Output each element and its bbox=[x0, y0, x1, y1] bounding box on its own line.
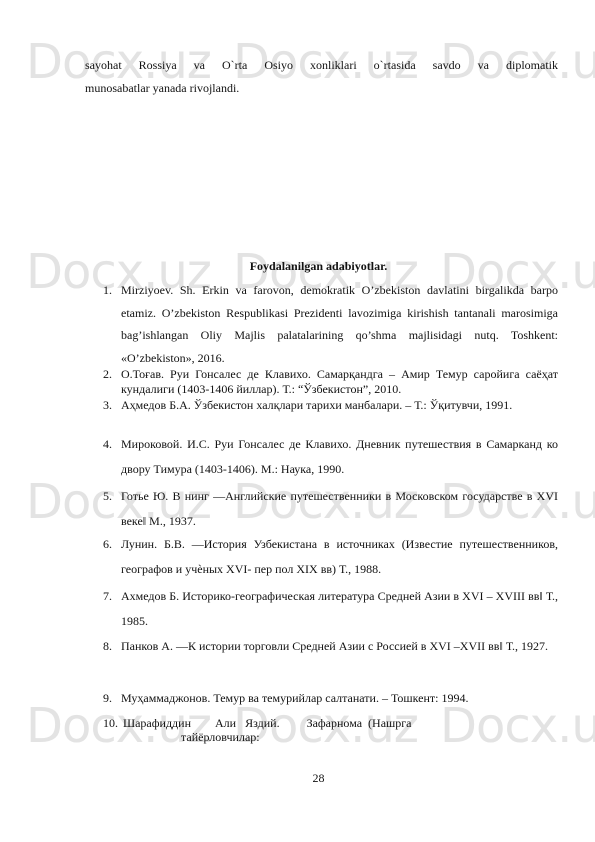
document-page: sayohat Rossiya va O`rta Osiyo xonliklar… bbox=[0, 0, 595, 842]
reference-text: Мироковой. И.С. Руи Гонсалес де Клавихо.… bbox=[121, 432, 558, 481]
reference-text: Аҳмедов Б.А. Ўзбекистон халқлари тарихи … bbox=[121, 398, 558, 413]
intro-line-2: munosabatlar yanada rivojlandi. bbox=[85, 77, 558, 100]
reference-text: Лунин. Б.В. ―История Узбекистана в источ… bbox=[121, 532, 558, 581]
reference-number: 4. bbox=[103, 432, 112, 457]
reference-text: Муҳаммаджонов. Темур ва темурийлар салта… bbox=[121, 686, 558, 711]
reference-item-4: 4. Мироковой. И.С. Руи Гонсалес де Клави… bbox=[85, 432, 558, 481]
reference-text: Ахмедов Б. Историко-географическая литер… bbox=[121, 584, 558, 633]
reference-item-10: 10. Шарафиддин Али Яздий. Зафарнома (Наш… bbox=[85, 715, 558, 744]
page-number: 28 bbox=[0, 771, 595, 786]
reference-item-9: 9. Муҳаммаджонов. Темур ва темурийлар са… bbox=[85, 686, 558, 711]
reference-number: 2. bbox=[103, 367, 112, 382]
reference-number: 7. bbox=[103, 584, 112, 609]
reference-item-3: 3. Аҳмедов Б.А. Ўзбекистон халқлари тари… bbox=[85, 398, 558, 413]
reference-text: О.Тоғав. Руи Гонсалес де Клавихо. Самарқ… bbox=[121, 367, 558, 397]
reference-text-line-2: тайёрловчилар: bbox=[181, 731, 558, 744]
reference-text: Готье Ю. В нинг ―Английские путешественн… bbox=[121, 484, 558, 533]
reference-item-7: 7. Ахмедов Б. Историко-географическая ли… bbox=[85, 584, 558, 633]
reference-text: Панков А. ―К истории торговли Средней Аз… bbox=[121, 634, 558, 659]
reference-number: 5. bbox=[103, 484, 112, 509]
reference-number: 1. bbox=[103, 279, 112, 302]
reference-item-1: 1. Mirziyoev. Sh. Erkin va farovon, demo… bbox=[85, 279, 558, 369]
reference-text: Шарафиддин Али Яздий. Зафарнома (Нашрга … bbox=[123, 715, 558, 744]
reference-item-2: 2. О.Тоғав. Руи Гонсалес де Клавихо. Сам… bbox=[85, 367, 558, 397]
intro-line-1: sayohat Rossiya va O`rta Osiyo xonliklar… bbox=[85, 54, 558, 77]
reference-number: 9. bbox=[103, 686, 112, 711]
reference-number: 10. bbox=[103, 715, 118, 731]
intro-paragraph: sayohat Rossiya va O`rta Osiyo xonliklar… bbox=[85, 54, 558, 100]
references-heading: Foydalanilgan adabiyotlar. bbox=[0, 259, 595, 274]
reference-number: 8. bbox=[103, 634, 112, 659]
reference-number: 3. bbox=[103, 398, 112, 413]
reference-item-5: 5. Готье Ю. В нинг ―Английские путешеств… bbox=[85, 484, 558, 533]
reference-text: Mirziyoev. Sh. Erkin va farovon, demokra… bbox=[121, 279, 558, 369]
reference-text-line-1: Шарафиддин Али Яздий. Зафарнома (Нашрга bbox=[123, 715, 558, 731]
reference-item-6: 6. Лунин. Б.В. ―История Узбекистана в ис… bbox=[85, 532, 558, 581]
reference-item-8: 8. Панков А. ―К истории торговли Средней… bbox=[85, 634, 558, 659]
reference-number: 6. bbox=[103, 532, 112, 557]
